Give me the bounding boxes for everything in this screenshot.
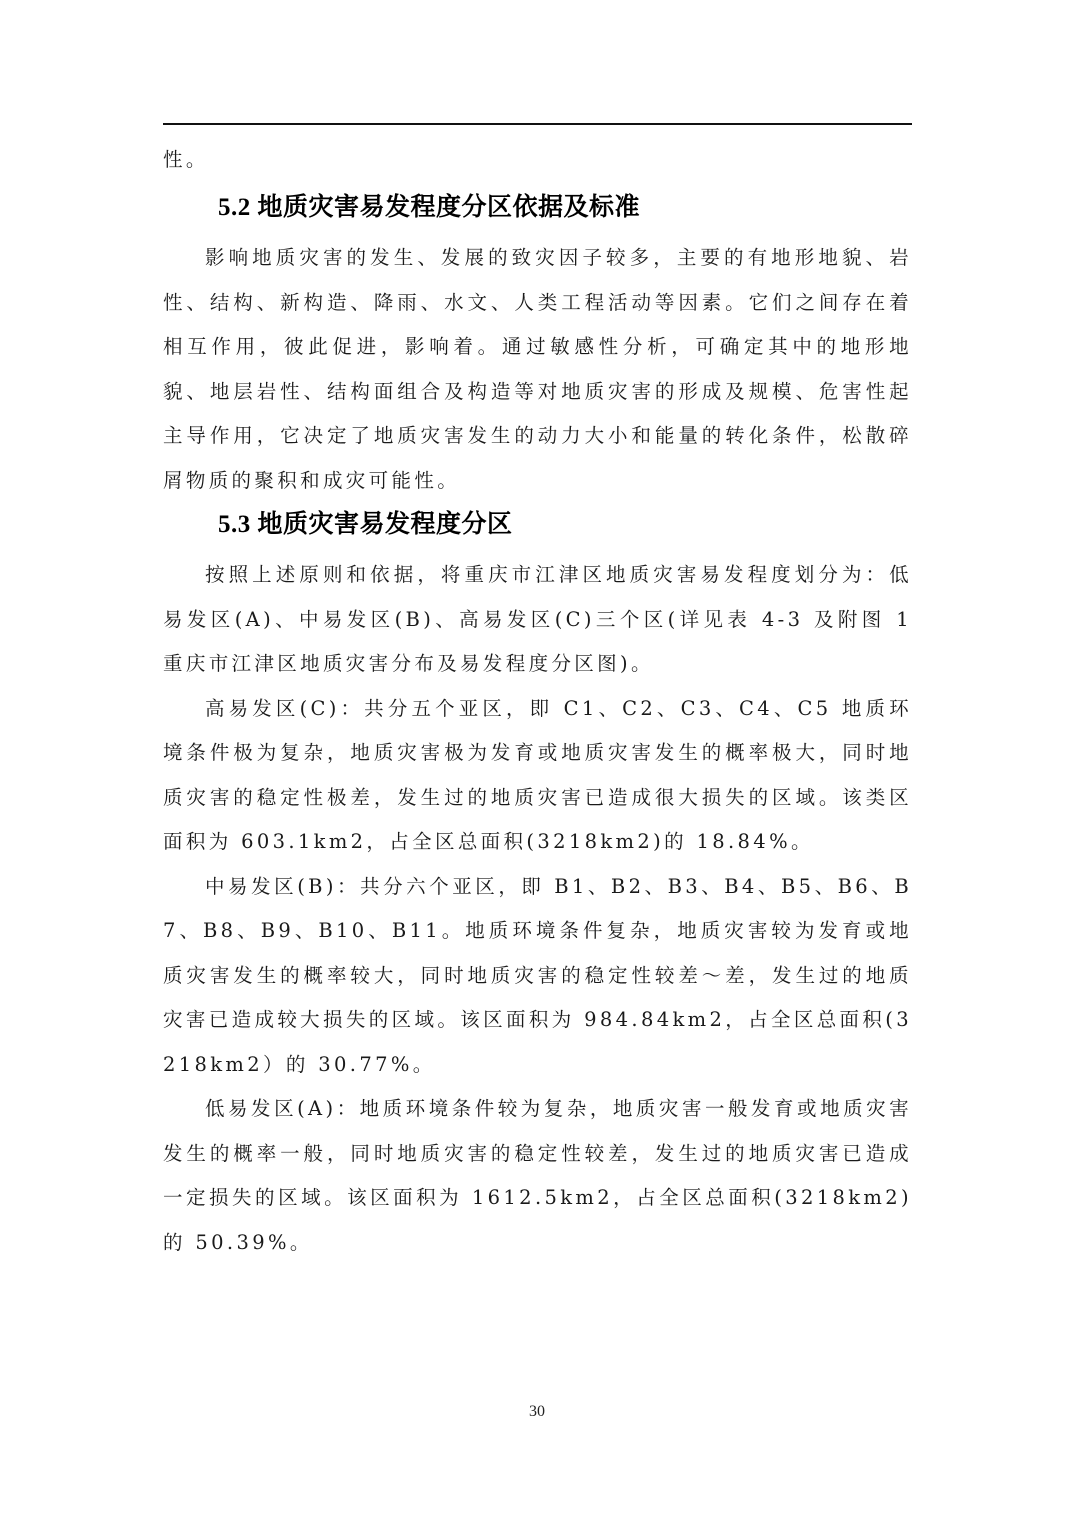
section-heading-5-2: 5.2 地质灾害易发程度分区依据及标准 [163, 184, 912, 232]
header-rule [163, 123, 912, 125]
carryover-text: 性。 [163, 138, 912, 182]
paragraph-factors: 影响地质灾害的发生、发展的致灾因子较多，主要的有地形地貌、岩性、结构、新构造、降… [163, 236, 912, 503]
paragraph-medium-zone: 中易发区(B)：共分六个亚区，即 B1、B2、B3、B4、B5、B6、B7、B8… [163, 865, 912, 1088]
paragraph-low-zone: 低易发区(A)：地质环境条件较为复杂，地质灾害一般发育或地质灾害发生的概率一般，… [163, 1087, 912, 1265]
paragraph-zoning-intro: 按照上述原则和依据，将重庆市江津区地质灾害易发程度划分为：低易发区(A)、中易发… [163, 553, 912, 687]
section-heading-5-3: 5.3 地质灾害易发程度分区 [163, 501, 912, 549]
paragraph-high-zone: 高易发区(C)：共分五个亚区，即 C1、C2、C3、C4、C5 地质环境条件极为… [163, 687, 912, 865]
page-body: 性。 5.2 地质灾害易发程度分区依据及标准 影响地质灾害的发生、发展的致灾因子… [163, 138, 912, 1265]
page-number: 30 [0, 1403, 1074, 1421]
